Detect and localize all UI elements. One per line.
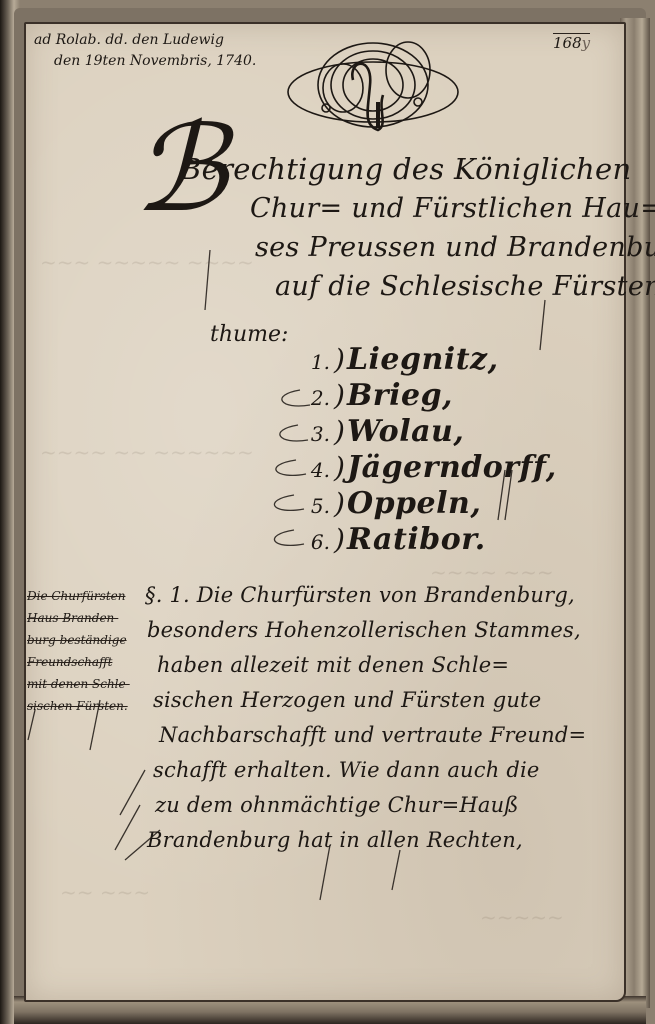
body-line: Nachbarschafft und vertraute Freund= bbox=[145, 718, 586, 753]
list-item-number: 5. bbox=[300, 494, 330, 518]
list-item-name: Wolau, bbox=[347, 414, 464, 449]
document-title: Berechtigung des Königlichen Chur= und F… bbox=[135, 150, 655, 306]
folio-number-value: 168 bbox=[553, 34, 582, 52]
duchies-list: 1.)Liegnitz, 2.)Brieg, 3.)Wolau, 4.)Jäge… bbox=[300, 342, 557, 558]
list-item-name: Jägerndorff, bbox=[347, 450, 557, 485]
list-item-number: 1. bbox=[300, 350, 330, 374]
list-item: 2.)Brieg, bbox=[300, 378, 557, 414]
list-item: 1.)Liegnitz, bbox=[300, 342, 557, 378]
title-line-4: auf die Schlesische Fürsten= bbox=[135, 267, 655, 306]
header-note-line-2: den 19ten Novembris, 1740. bbox=[34, 51, 256, 72]
paren-flourish-icon: ) bbox=[334, 523, 345, 556]
flourish-monogram-icon bbox=[278, 30, 468, 145]
list-item-number: 2. bbox=[300, 386, 330, 410]
body-line: zu dem ohnmächtige Chur=Hauß bbox=[145, 788, 586, 823]
body-line: sischen Herzogen und Fürsten gute bbox=[145, 683, 586, 718]
list-item-name: Liegnitz, bbox=[347, 342, 499, 377]
title-line-3: ses Preussen und Brandenburg bbox=[135, 228, 655, 267]
paren-flourish-icon: ) bbox=[334, 487, 345, 520]
list-item-number: 4. bbox=[300, 458, 330, 482]
body-line: besonders Hohenzollerischen Stammes, bbox=[145, 613, 586, 648]
header-note-line-1: ad Rolab. dd. den Ludewig bbox=[34, 32, 224, 48]
paren-flourish-icon: ) bbox=[334, 343, 345, 376]
header-note: ad Rolab. dd. den Ludewig den 19ten Nove… bbox=[34, 30, 256, 72]
list-item: 4.)Jägerndorff, bbox=[300, 450, 557, 486]
margin-note: Die Churfürsten Haus Branden- burg bestä… bbox=[27, 585, 130, 717]
paren-flourish-icon: ) bbox=[334, 415, 345, 448]
title-line-2: Chur= und Fürstlichen Hau= bbox=[135, 189, 655, 228]
bleed-through-text: ~~~~~ bbox=[480, 905, 564, 929]
body-line: schafft erhalten. Wie dann auch die bbox=[145, 753, 586, 788]
paren-flourish-icon: ) bbox=[334, 451, 345, 484]
paren-flourish-icon: ) bbox=[334, 379, 345, 412]
list-item-name: Brieg, bbox=[347, 378, 453, 413]
bleed-through-text: ~~ ~~~ bbox=[60, 880, 150, 904]
list-item: 5.)Oppeln, bbox=[300, 486, 557, 522]
list-item: 6.)Ratibor. bbox=[300, 522, 557, 558]
margin-note-line: burg beständige bbox=[27, 629, 130, 651]
margin-note-line: sischen Fürsten. bbox=[27, 695, 130, 717]
body-line: Brandenburg hat in allen Rechten, bbox=[145, 823, 586, 858]
list-item-name: Oppeln, bbox=[347, 486, 481, 521]
list-item-name: Ratibor. bbox=[347, 522, 486, 557]
margin-note-line: Die Churfürsten bbox=[27, 585, 130, 607]
list-item-number: 6. bbox=[300, 530, 330, 554]
margin-note-line: mit denen Schle- bbox=[27, 673, 130, 695]
bleed-through-text: ~~~~ ~~ ~~~~~~ bbox=[40, 440, 254, 464]
margin-note-line: Freundschafft bbox=[27, 651, 130, 673]
title-line-5: thume: bbox=[210, 322, 288, 347]
body-line: §. 1. Die Churfürsten von Brandenburg, bbox=[145, 578, 586, 613]
title-line-1: Berechtigung des Königlichen bbox=[135, 150, 655, 189]
list-item-number: 3. bbox=[300, 422, 330, 446]
margin-note-line: Haus Branden- bbox=[27, 607, 130, 629]
list-item: 3.)Wolau, bbox=[300, 414, 557, 450]
body-line: haben allezeit mit denen Schle= bbox=[145, 648, 586, 683]
body-paragraph: §. 1. Die Churfürsten von Brandenburg, b… bbox=[145, 578, 586, 858]
folio-mark: y bbox=[582, 34, 590, 52]
folio-number: 168y bbox=[553, 33, 590, 52]
